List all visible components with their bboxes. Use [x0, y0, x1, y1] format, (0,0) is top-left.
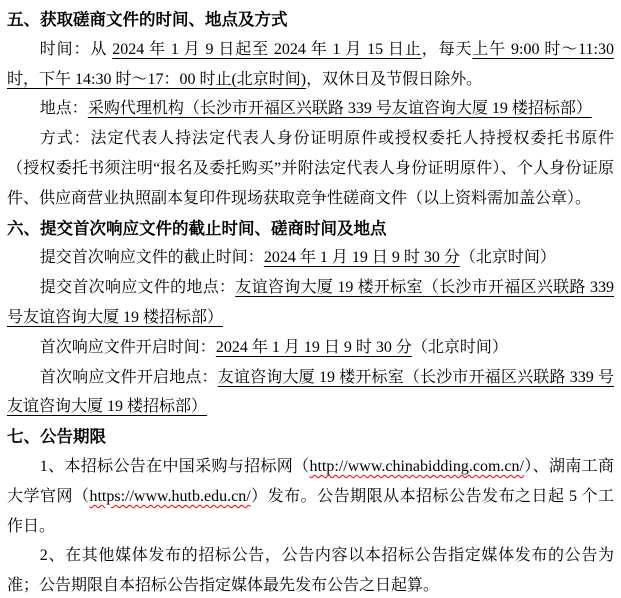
- text-run: ，双休日及节假日除外。: [306, 71, 482, 88]
- section-obtain-documents: 五、获取磋商文件的时间、地点及方式 时间：从 2024 年 1 月 9 日起至 …: [7, 5, 614, 214]
- underlined-text: 2024 年 1 月 19 日 9 时 30 分: [264, 249, 460, 266]
- text-run: ，每天: [422, 41, 473, 58]
- text-run: 方式：法定代表人持法定代表人身份证明原件或授权委托人持授权委托书原件（授权委托书…: [7, 130, 614, 207]
- text-run: 2、在其他媒体发布的招标公告，公告内容以本招标公告指定媒体发布的公告为准；公告期…: [7, 547, 614, 594]
- paragraph-method: 方式：法定代表人持法定代表人身份证明原件或授权委托人持授权委托书原件（授权委托书…: [7, 124, 614, 213]
- paragraph-time: 时间：从 2024 年 1 月 9 日起至 2024 年 1 月 15 日止，每…: [7, 35, 614, 95]
- text-run: 首次响应文件开启地点：: [40, 369, 218, 386]
- document-page: 五、获取磋商文件的时间、地点及方式 时间：从 2024 年 1 月 9 日起至 …: [0, 0, 621, 598]
- underlined-text: 2024 年 1 月 19 日 9 时 30 分: [216, 339, 412, 356]
- underlined-text: 2024 年 1 月 9 日起至 2024 年 1 月 15 日止: [112, 41, 422, 58]
- text-run: 首次响应文件开启时间：: [40, 339, 216, 356]
- url-text-chinabidding: http://www.chinabidding.com.cn/: [309, 458, 523, 475]
- section-heading: 六、提交首次响应文件的截止时间、磋商时间及地点: [7, 214, 614, 244]
- section-heading: 五、获取磋商文件的时间、地点及方式: [7, 5, 614, 35]
- paragraph-publish-media: 1、本招标公告在中国采购与招标网（http://www.chinabidding…: [7, 452, 614, 541]
- paragraph-place: 地点：采购代理机构（长沙市开福区兴联路 339 号友谊咨询大厦 19 楼招标部）: [7, 94, 614, 124]
- paragraph-opening-time: 首次响应文件开启时间：2024 年 1 月 19 日 9 时 30 分（北京时间…: [7, 333, 614, 363]
- paragraph-submission-place: 提交首次响应文件的地点：友谊咨询大厦 19 楼开标室（长沙市开福区兴联路 339…: [7, 273, 614, 333]
- text-run: （北京时间）: [412, 339, 508, 356]
- section-announcement-period: 七、公告期限 1、本招标公告在中国采购与招标网（http://www.china…: [7, 422, 614, 598]
- section-submission-deadline: 六、提交首次响应文件的截止时间、磋商时间及地点 提交首次响应文件的截止时间：20…: [7, 214, 614, 423]
- paragraph-deadline-time: 提交首次响应文件的截止时间：2024 年 1 月 19 日 9 时 30 分（北…: [7, 243, 614, 273]
- text-run: 提交首次响应文件的地点：: [40, 279, 236, 296]
- underlined-text: 采购代理机构（长沙市开福区兴联路 339 号友谊咨询大厦 19 楼招标部）: [88, 100, 592, 117]
- section-heading: 七、公告期限: [7, 422, 614, 452]
- text-run: 地点：: [40, 100, 88, 117]
- text-run: 时间：从: [40, 41, 112, 58]
- text-run: 提交首次响应文件的截止时间：: [40, 249, 264, 266]
- url-text-hutb: https://www.hutb.edu.cn/: [89, 488, 250, 505]
- paragraph-other-media: 2、在其他媒体发布的招标公告，公告内容以本招标公告指定媒体发布的公告为准；公告期…: [7, 541, 614, 598]
- text-run: 1、本招标公告在中国采购与招标网（: [40, 458, 310, 475]
- text-run: （北京时间）: [460, 249, 556, 266]
- paragraph-opening-place: 首次响应文件开启地点：友谊咨询大厦 19 楼开标室（长沙市开福区兴联路 339 …: [7, 363, 614, 423]
